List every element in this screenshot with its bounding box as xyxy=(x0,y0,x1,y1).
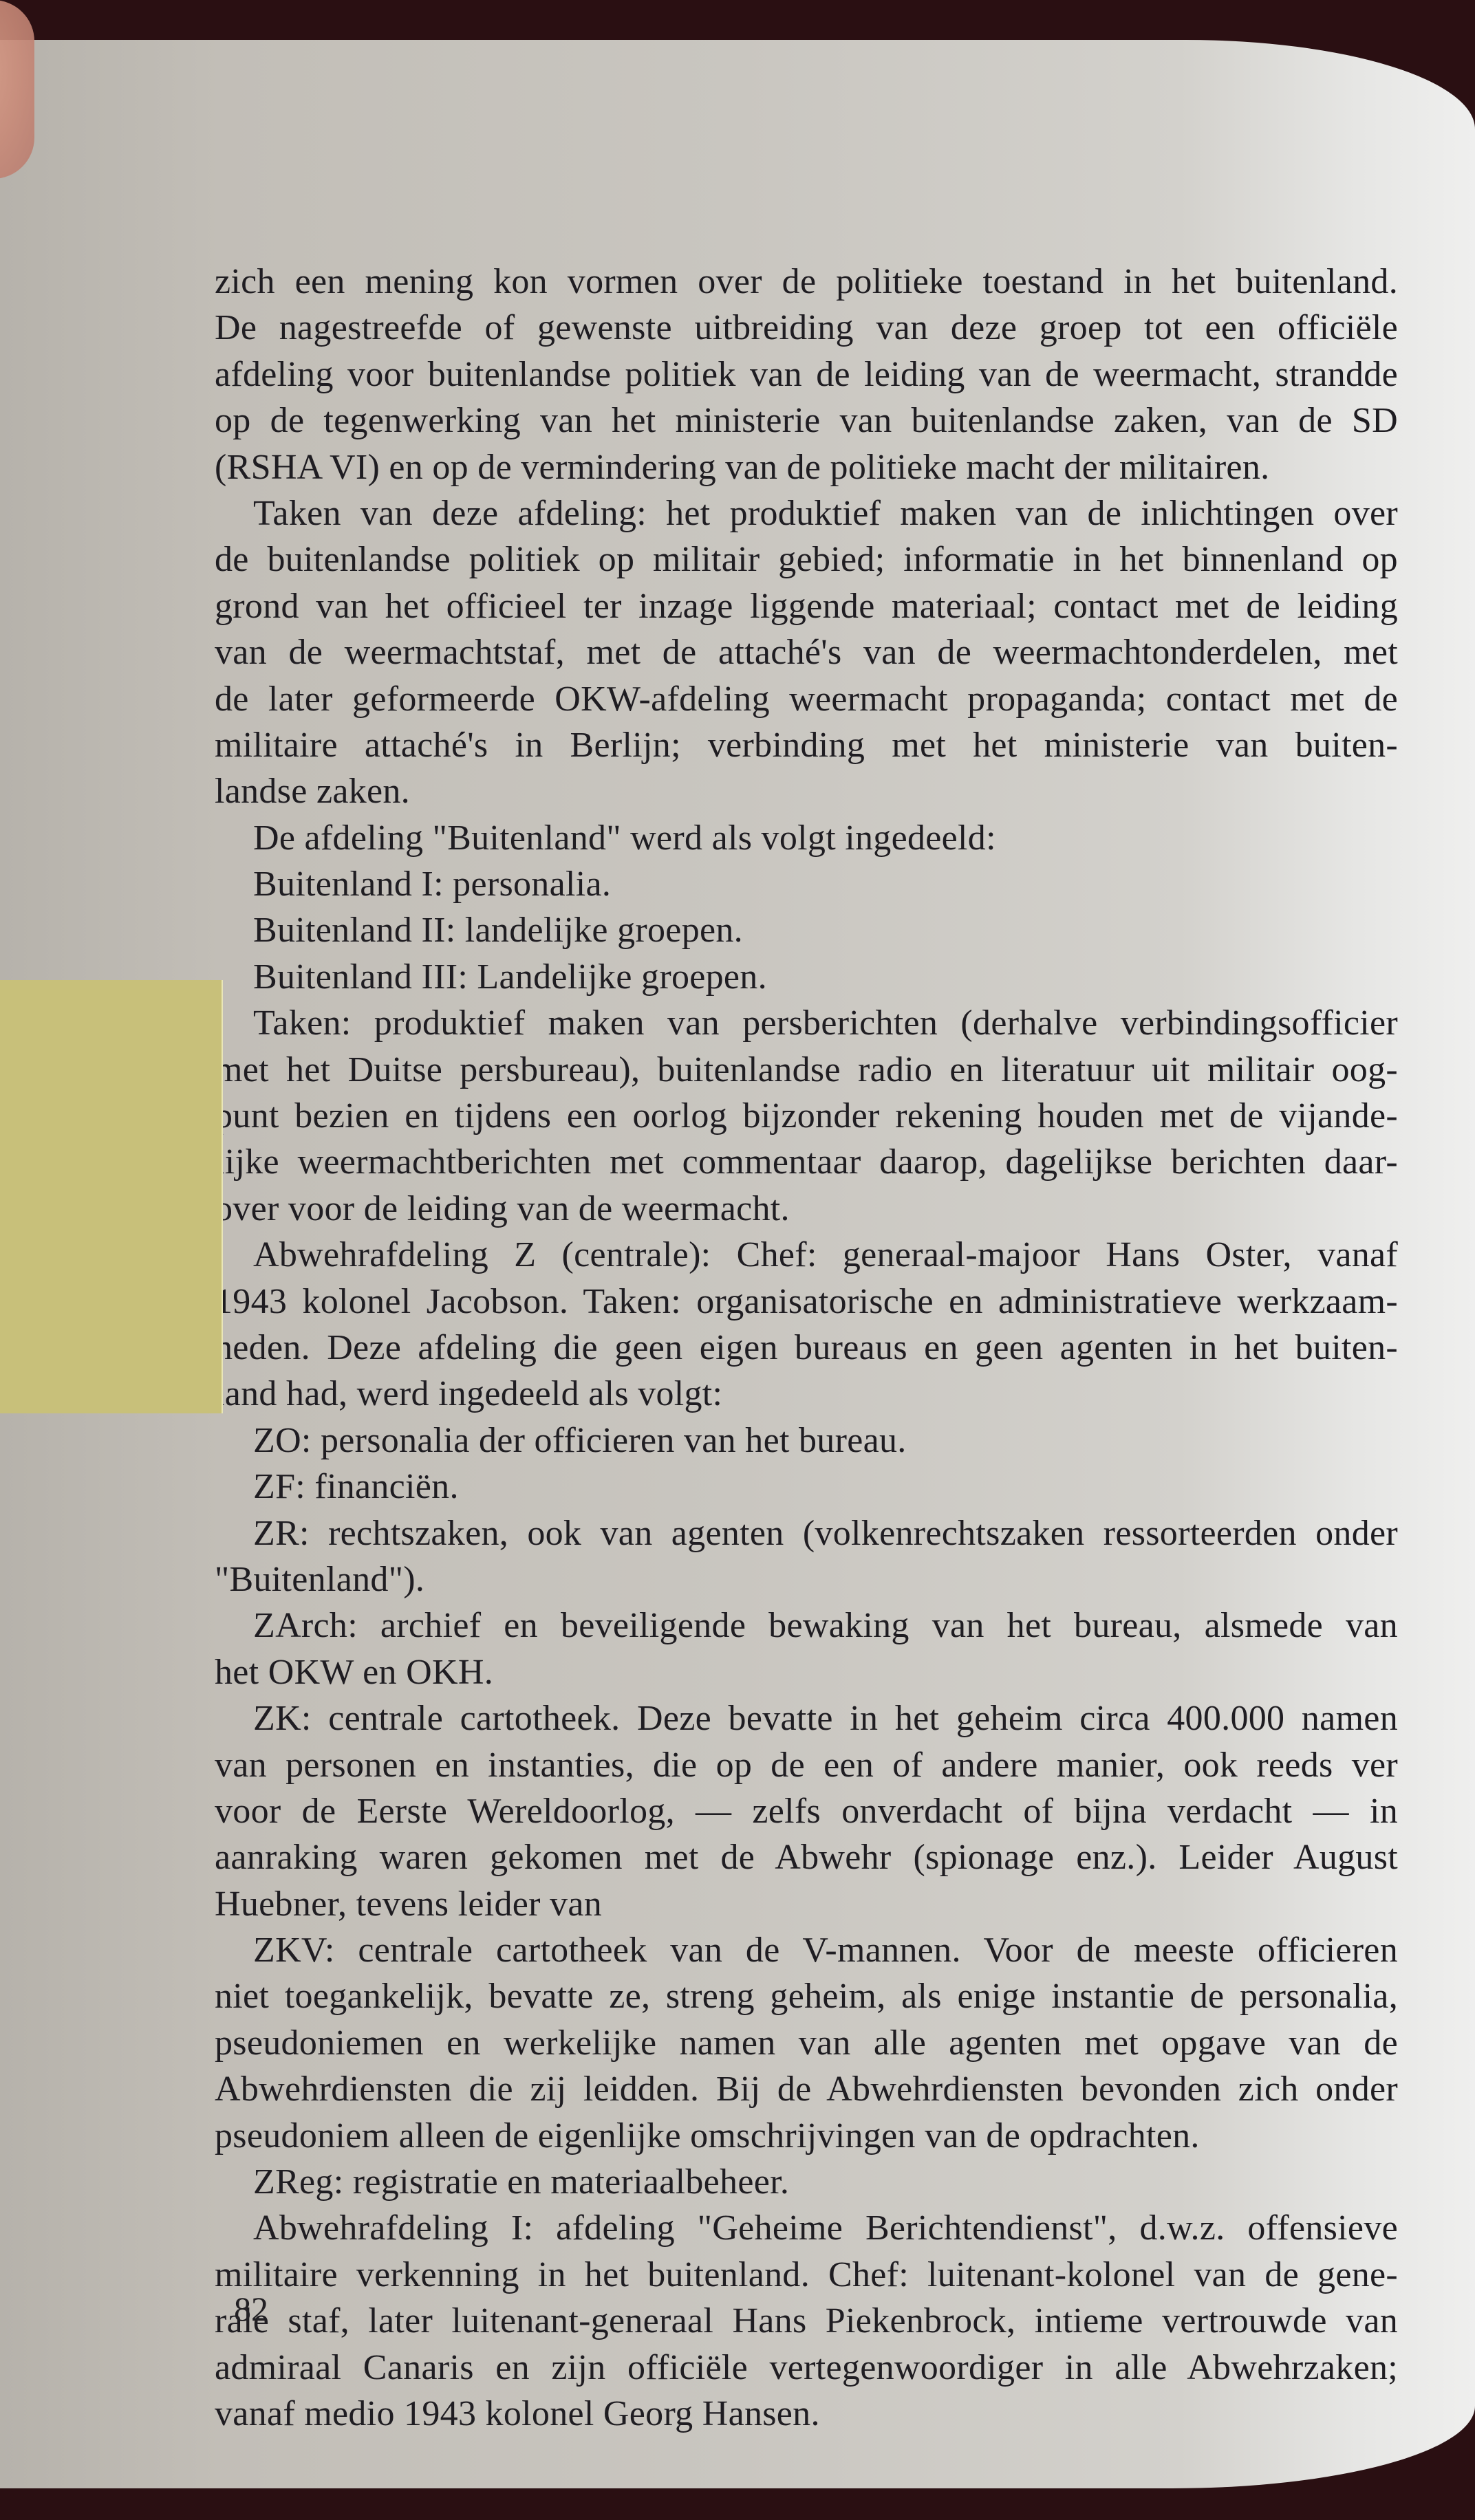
text-line: zich een mening kon vormen over de polit… xyxy=(215,259,1398,305)
text-line: ZR: rechtszaken, ook van agenten (volken… xyxy=(215,1510,1398,1556)
text-line: Buitenland I: personalia. xyxy=(215,861,1398,907)
text-line: met het Duitse persbureau), buitenlandse… xyxy=(215,1047,1398,1093)
page-number: 82 xyxy=(234,2289,268,2329)
text-line: aanraking waren gekomen met de Abwehr (s… xyxy=(215,1834,1398,1880)
text-line: vanaf medio 1943 kolonel Georg Hansen. xyxy=(215,2391,1398,2437)
text-line: ZK: centrale cartotheek. Deze bevatte in… xyxy=(215,1695,1398,1741)
text-line: 1943 kolonel Jacobson. Taken: organisato… xyxy=(215,1279,1398,1325)
text-line: over voor de leiding van de weermacht. xyxy=(215,1186,1398,1232)
text-line: Taken van deze afdeling: het produktief … xyxy=(215,490,1398,536)
text-line: Buitenland II: landelijke groepen. xyxy=(215,907,1398,953)
text-line: Buitenland III: Landelijke groepen. xyxy=(215,954,1398,1000)
text-line: punt bezien en tijdens een oorlog bijzon… xyxy=(215,1093,1398,1139)
text-line: landse zaken. xyxy=(215,768,1398,814)
text-line: ZO: personalia der officieren van het bu… xyxy=(215,1417,1398,1464)
text-line: Huebner, tevens leider van xyxy=(215,1881,1398,1927)
text-line: lijke weermachtberichten met commentaar … xyxy=(215,1139,1398,1185)
text-line: De nagestreefde of gewenste uitbreiding … xyxy=(215,305,1398,351)
text-line: ZF: financiën. xyxy=(215,1464,1398,1510)
text-line: Abwehrdiensten die zij leidden. Bij de A… xyxy=(215,2066,1398,2112)
text-line: ZReg: registratie en materiaalbeheer. xyxy=(215,2159,1398,2205)
text-line: pseudoniemen en werkelijke namen van all… xyxy=(215,2020,1398,2066)
text-line: De afdeling "Buitenland" werd als volgt … xyxy=(215,815,1398,861)
text-line: pseudoniem alleen de eigenlijke omschrij… xyxy=(215,2113,1398,2159)
text-line: grond van het officieel ter inzage ligge… xyxy=(215,583,1398,629)
text-line: niet toegankelijk, bevatte ze, streng ge… xyxy=(215,1973,1398,2019)
text-line: Abwehrafdeling I: afdeling "Geheime Beri… xyxy=(215,2205,1398,2251)
text-line: de buitenlandse politiek op militair geb… xyxy=(215,536,1398,583)
body-text: zich een mening kon vormen over de polit… xyxy=(215,259,1398,2437)
text-line: admiraal Canaris en zijn officiële verte… xyxy=(215,2345,1398,2391)
thumb-finger xyxy=(0,0,34,179)
text-line: Abwehrafdeling Z (centrale): Chef: gener… xyxy=(215,1232,1398,1278)
text-line: militaire attaché's in Berlijn; verbindi… xyxy=(215,722,1398,768)
text-line: land had, werd ingedeeld als volgt: xyxy=(215,1371,1398,1417)
text-line: van de weermachtstaf, met de attaché's v… xyxy=(215,629,1398,675)
text-line: op de tegenwerking van het ministerie va… xyxy=(215,398,1398,444)
text-line: "Buitenland"). xyxy=(215,1556,1398,1603)
text-line: rale staf, later luitenant-generaal Hans… xyxy=(215,2298,1398,2344)
text-line: ZKV: centrale cartotheek van de V-mannen… xyxy=(215,1927,1398,1973)
sticky-note xyxy=(0,980,222,1413)
text-line: militaire verkenning in het buitenland. … xyxy=(215,2252,1398,2298)
text-line: heden. Deze afdeling die geen eigen bure… xyxy=(215,1325,1398,1371)
text-line: van personen en instanties, die op de ee… xyxy=(215,1742,1398,1788)
text-line: de later geformeerde OKW-afdeling weerma… xyxy=(215,676,1398,722)
text-line: Taken: produktief maken van persberichte… xyxy=(215,1000,1398,1046)
text-line: voor de Eerste Wereldoorlog, — zelfs onv… xyxy=(215,1788,1398,1834)
text-line: het OKW en OKH. xyxy=(215,1649,1398,1695)
text-line: (RSHA VI) en op de vermindering van de p… xyxy=(215,444,1398,490)
text-line: ZArch: archief en beveiligende bewaking … xyxy=(215,1603,1398,1649)
text-line: afdeling voor buitenlandse politiek van … xyxy=(215,351,1398,398)
